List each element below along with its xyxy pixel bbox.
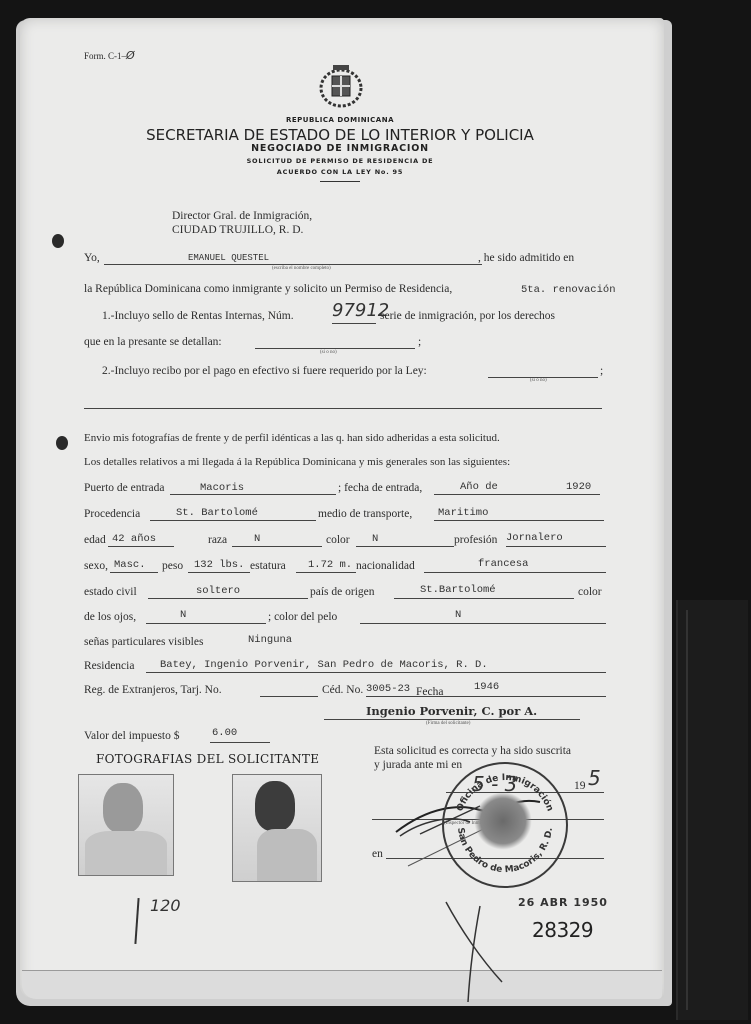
reg-label: Reg. de Extranjeros, Tarj. No. — [84, 684, 222, 696]
received-date-stamp: 26 ABR 1950 — [518, 896, 608, 909]
ced-value: 3005-23 — [366, 683, 410, 695]
profesion-label: profesión — [454, 534, 497, 546]
item1-text-c: que en la presante se detallan: — [84, 336, 222, 348]
svg-text:San Pedro de Macoris, R. D.: San Pedro de Macoris, R. D. — [455, 827, 555, 875]
item1-text-a: 1.-Incluyo sello de Rentas Internas, Núm… — [102, 310, 294, 322]
peso-label: peso — [162, 560, 183, 572]
raza-value: N — [254, 533, 260, 545]
applicant-name: EMANUEL QUESTEL — [188, 253, 269, 263]
renewal-note: 5ta. renovación — [521, 284, 616, 296]
item1-hint: (si o no) — [320, 350, 337, 355]
punch-hole-icon — [52, 234, 64, 248]
signature-hint: (Firma del solicitante) — [426, 721, 470, 726]
sexo-label: sexo, — [84, 560, 108, 572]
transporte-label: medio de transporte, — [318, 508, 412, 520]
color-ojos-label-a: color — [578, 586, 602, 598]
page-bottom-edge — [22, 970, 662, 999]
addressee-line1: Director Gral. de Inmigración, — [172, 210, 312, 222]
intro-line2: la República Dominicana como inmigrante … — [84, 283, 452, 295]
pelo-value: N — [455, 609, 461, 621]
immigration-seal: Oficina de Inmigración San Pedro de Maco… — [442, 762, 568, 888]
color-label: color — [326, 534, 350, 546]
item2-text: 2.-Incluyo recibo por el pago en efectiv… — [102, 365, 427, 377]
color-ojos-label-b: de los ojos, — [84, 611, 136, 623]
year-prefix: 19 — [574, 780, 586, 792]
estatura-value: 1.72 m. — [308, 559, 352, 571]
transporte-value: Maritimo — [438, 507, 488, 519]
form-code: Form. C-1–Ø — [84, 49, 135, 62]
item1-text-b: serie de inmigración, por los derechos — [380, 310, 555, 322]
en-label: en — [372, 848, 383, 860]
edad-label: edad — [84, 534, 106, 546]
header-department: NEGOCIADO DE INMIGRACION — [80, 143, 600, 154]
puerto-value: Macoris — [200, 482, 244, 494]
puerto-label: Puerto de entrada — [84, 482, 164, 494]
item2-end: ; — [600, 365, 603, 377]
procedencia-value: St. Bartolomé — [176, 507, 258, 519]
yo-label: Yo, — [84, 252, 100, 264]
pais-value: St.Bartolomé — [420, 584, 496, 596]
header-subtitle-2: ACUERDO CON LA LEY No. 95 — [80, 168, 600, 176]
edad-value: 42 años — [112, 533, 156, 545]
fecha-value: Año de — [460, 481, 498, 493]
seal-top-text: Oficina de Inmigración — [455, 773, 554, 813]
procedencia-label: Procedencia — [84, 508, 140, 520]
residencia-label: Residencia — [84, 660, 134, 672]
sexo-value: Masc. — [114, 559, 146, 571]
punch-hole-icon — [56, 436, 68, 450]
nacionalidad-label: nacionalidad — [356, 560, 415, 572]
item1-end: ; — [418, 336, 421, 348]
peso-value: 132 lbs. — [194, 559, 244, 571]
photos-statement: Envio mis fotografías de frente y de per… — [84, 432, 500, 444]
cross-mark-icon — [440, 898, 510, 1008]
profile-photo — [232, 774, 322, 882]
pelo-label: ; color del pelo — [268, 611, 337, 623]
file-number: 28329 — [532, 918, 593, 942]
header-rule — [320, 181, 360, 182]
header-subtitle-1: SOLICITUD DE PERMISO DE RESIDENCIA DE — [80, 157, 600, 165]
year-handwritten: 5 — [588, 766, 601, 790]
senas-label: señas particulares visibles — [84, 636, 203, 648]
ced-fecha-value: 1946 — [474, 681, 499, 693]
header-republic: REPUBLICA DOMINICANA — [80, 116, 600, 124]
senas-value: Ninguna — [248, 634, 292, 646]
applicant-signature: Ingenio Porvenir, C. por A. — [366, 704, 537, 718]
ced-label: Céd. No. — [322, 684, 363, 696]
seal-bottom-text: San Pedro de Macoris, R. D. — [455, 827, 555, 875]
item2-hint: (si o no) — [530, 378, 547, 383]
fecha-year: 1920 — [566, 481, 591, 493]
profesion-value: Jornalero — [506, 532, 563, 544]
addressee-line2: CIUDAD TRUJILLO, R. D. — [172, 224, 303, 236]
svg-text:Oficina de Inmigración: Oficina de Inmigración — [455, 773, 554, 813]
margin-note: 120 — [150, 896, 181, 915]
estatura-label: estatura — [250, 560, 286, 572]
photos-title: FOTOGRAFIAS DEL SOLICITANTE — [96, 752, 319, 766]
valor-value: 6.00 — [212, 727, 237, 739]
name-hint: (escriba el nombre completo) — [272, 266, 331, 271]
binder-cover — [676, 600, 748, 1020]
raza-label: raza — [208, 534, 227, 546]
admitted-text: , he sido admitido en — [478, 252, 574, 264]
color-value: N — [372, 533, 378, 545]
attestation-line1: Esta solicitud es correcta y ha sido sus… — [374, 745, 571, 757]
fecha-label: ; fecha de entrada, — [338, 482, 422, 494]
front-photo — [78, 774, 174, 876]
color-ojos-value: N — [180, 609, 186, 621]
header-ministry: SECRETARIA DE ESTADO DE LO INTERIOR Y PO… — [80, 126, 600, 144]
valor-label: Valor del impuesto $ — [84, 730, 180, 742]
estado-civil-value: soltero — [196, 585, 240, 597]
residencia-value: Batey, Ingenio Porvenir, San Pedro de Ma… — [160, 659, 488, 671]
estado-civil-label: estado civil — [84, 586, 137, 598]
pais-label: país de origen — [310, 586, 375, 598]
details-statement: Los detalles relativos a mi llegada á la… — [84, 456, 510, 468]
nacionalidad-value: francesa — [478, 558, 528, 570]
coat-of-arms-icon — [317, 62, 365, 110]
